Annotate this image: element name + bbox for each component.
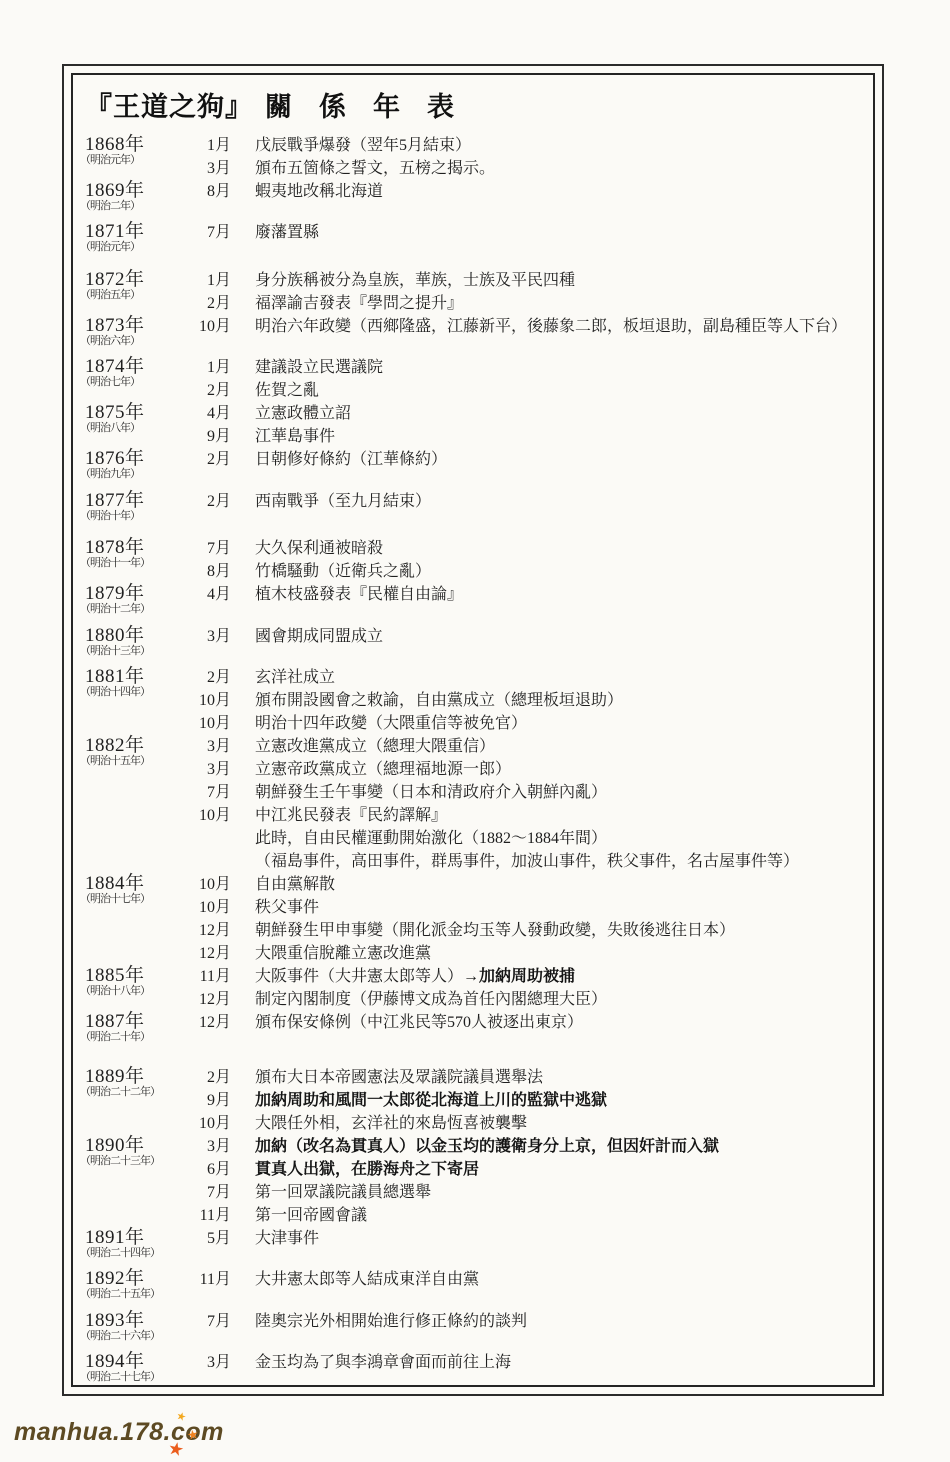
event-row: 10月中江兆民發表『民約譯解』 [185,804,861,827]
year-cell: 1890年（明治二十三年） [85,1135,185,1167]
event-text: 頒布保安條例（中江兆民等570人被逐出東京） [231,1011,583,1034]
event-row: 8月竹橋騷動（近衛兵之亂） [185,560,861,583]
year-group: 1885年（明治十八年）11月大阪事件（大井憲太郎等人）→加納周助被捕12月制定… [85,965,861,1011]
month-label: 6月 [185,1158,231,1181]
event-text: 第一回帝國會議 [231,1204,367,1227]
month-label [185,850,231,873]
event-list: 3月加納（改名為貫真人）以金玉均的護衛身分上京，但因奸計而入獄6月貫真人出獄，在… [185,1135,861,1227]
year-cell: 1872年（明治五年） [85,269,185,301]
event-text: 頒布大日本帝國憲法及眾議院議員選舉法 [231,1066,543,1089]
page-title: 『王道之狗』關係年表 [85,85,861,124]
event-row: 12月大隈重信脫離立憲改進黨 [185,942,861,965]
month-label: 10月 [185,1112,231,1135]
year-cell: 1877年（明治十年） [85,490,185,522]
event-row: 10月明治十四年政變（大隈重信等被免官） [185,712,861,735]
event-list: 1月戊辰戰爭爆發（翌年5月結束）3月頒布五箇條之誓文，五榜之揭示。 [185,134,861,180]
year-label: 1889年 [85,1067,185,1087]
event-text: 立憲改進黨成立（總理大隈重信） [231,735,495,758]
month-label: 9月 [185,1089,231,1112]
year-cell: 1875年（明治八年） [85,402,185,434]
year-cell: 1891年（明治二十四年） [85,1227,185,1259]
year-cell: 1880年（明治十三年） [85,625,185,657]
month-label: 12月 [185,942,231,965]
year-group: 1874年（明治七年）1月建議設立民選議院2月佐賀之亂 [85,356,861,402]
month-label: 7月 [185,781,231,804]
month-label: 11月 [185,965,231,988]
year-cell: 1894年（明治二十七年） [85,1351,185,1383]
month-label: 3月 [185,735,231,758]
event-list: 2月頒布大日本帝國憲法及眾議院議員選舉法9月加納周助和風間一太郎從北海道上川的監… [185,1066,861,1135]
event-text: 朝鮮發生甲申事變（開化派金均玉等人發動政變，失敗後逃往日本） [231,919,735,942]
month-label: 10月 [185,712,231,735]
month-label: 2月 [185,490,231,513]
event-text: 玄洋社成立 [231,666,335,689]
event-list: 10月自由黨解散10月秩父事件12月朝鮮發生甲申事變（開化派金均玉等人發動政變，… [185,873,861,965]
event-text: 大津事件 [231,1227,319,1250]
event-row: 2月福澤諭吉發表『學問之提升』 [185,292,861,315]
event-row: 6月貫真人出獄，在勝海舟之下寄居 [185,1158,861,1181]
era-label: （明治元年） [80,155,185,167]
year-label: 1893年 [85,1311,185,1331]
event-text: 加納（改名為貫真人）以金玉均的護衛身分上京，但因奸計而入獄 [231,1135,719,1158]
year-group: 1877年（明治十年）2月西南戰爭（至九月結束） [85,490,861,522]
year-label: 1873年 [85,316,185,336]
year-label: 1877年 [85,491,185,511]
event-row: 7月第一回眾議院議員總選舉 [185,1181,861,1204]
event-list: 11月大阪事件（大井憲太郎等人）→加納周助被捕12月制定內閣制度（伊藤博文成為首… [185,965,861,1011]
year-group: 1893年（明治二十六年）7月陸奧宗光外相開始進行修正條約的談判 [85,1310,861,1342]
month-label: 12月 [185,919,231,942]
event-row: 10月大隈任外相，玄洋社的來島恆喜被襲擊 [185,1112,861,1135]
event-text: 此時，自由民權運動開始激化（1882～1884年間） [231,827,607,850]
event-list: 2月西南戰爭（至九月結束） [185,490,861,513]
era-label: （明治六年） [80,336,185,348]
star-icon: ★ [186,1427,200,1442]
event-text: 竹橋騷動（近衛兵之亂） [231,560,431,583]
month-label: 7月 [185,537,231,560]
era-label: （明治二十年） [80,1032,185,1044]
year-label: 1869年 [85,181,185,201]
event-list: 4月立憲政體立詔9月江華島事件 [185,402,861,448]
event-row: 7月廢藩置縣 [185,221,861,244]
year-group: 1884年（明治十七年）10月自由黨解散10月秩父事件12月朝鮮發生甲申事變（開… [85,873,861,965]
month-label: 2月 [185,379,231,402]
event-text: 國會期成同盟成立 [231,625,383,648]
year-group: 1871年（明治元年）7月廢藩置縣 [85,221,861,253]
month-label: 1月 [185,134,231,157]
month-label: 12月 [185,988,231,1011]
event-text: 明治六年政變（西鄉隆盛，江藤新平，後藤象二郎，板垣退助，副島種臣等人下台） [231,315,847,338]
star-icon: ★ [166,1439,186,1460]
event-text: 大久保利通被暗殺 [231,537,383,560]
event-list: 3月立憲改進黨成立（總理大隈重信）3月立憲帝政黨成立（總理福地源一郎）7月朝鮮發… [185,735,861,873]
event-text: 廢藩置縣 [231,221,319,244]
era-label: （明治二十五年） [80,1289,185,1301]
event-text: 戊辰戰爭爆發（翌年5月結束） [231,134,471,157]
event-row: 9月江華島事件 [185,425,861,448]
year-label: 1879年 [85,584,185,604]
year-label: 1872年 [85,270,185,290]
month-label: 2月 [185,666,231,689]
month-label: 3月 [185,625,231,648]
month-label: 3月 [185,1351,231,1374]
event-text: 立憲帝政黨成立（總理福地源一郎） [231,758,511,781]
year-label: 1875年 [85,403,185,423]
year-cell: 1868年（明治元年） [85,134,185,166]
year-group: 1872年（明治五年）1月身分族稱被分為皇族，華族，士族及平民四種2月福澤諭吉發… [85,269,861,315]
event-row: 2月日朝修好條約（江華條約） [185,448,861,471]
event-row: （福島事件，高田事件，群馬事件，加波山事件，秩父事件，名古屋事件等） [185,850,861,873]
year-label: 1891年 [85,1228,185,1248]
year-cell: 1873年（明治六年） [85,315,185,347]
year-label: 1885年 [85,966,185,986]
event-row: 3月立憲改進黨成立（總理大隈重信） [185,735,861,758]
year-group: 1882年（明治十五年）3月立憲改進黨成立（總理大隈重信）3月立憲帝政黨成立（總… [85,735,861,873]
event-list: 2月日朝修好條約（江華條約） [185,448,861,471]
year-label: 1882年 [85,736,185,756]
event-row: 10月自由黨解散 [185,873,861,896]
event-row: 9月加納周助和風間一太郎從北海道上川的監獄中逃獄 [185,1089,861,1112]
month-label: 9月 [185,425,231,448]
event-row: 3月立憲帝政黨成立（總理福地源一郎） [185,758,861,781]
era-label: （明治二十二年） [80,1087,185,1099]
event-list: 5月大津事件 [185,1227,861,1250]
year-cell: 1881年（明治十四年） [85,666,185,698]
event-row: 11月大阪事件（大井憲太郎等人）→加納周助被捕 [185,965,861,988]
event-text: 佐賀之亂 [231,379,319,402]
year-group: 1876年（明治九年）2月日朝修好條約（江華條約） [85,448,861,480]
event-text: 頒布開設國會之敕諭，自由黨成立（總理板垣退助） [231,689,623,712]
month-label: 7月 [185,1181,231,1204]
year-group: 1879年（明治十二年）4月植木枝盛發表『民權自由論』 [85,583,861,615]
event-row: 7月朝鮮發生壬午事變（日本和清政府介入朝鮮內亂） [185,781,861,804]
year-group: 1873年（明治六年）10月明治六年政變（西鄉隆盛，江藤新平，後藤象二郎，板垣退… [85,315,861,347]
event-text: 自由黨解散 [231,873,335,896]
year-cell: 1874年（明治七年） [85,356,185,388]
year-cell: 1892年（明治二十五年） [85,1268,185,1300]
year-cell: 1871年（明治元年） [85,221,185,253]
month-label: 1月 [185,269,231,292]
event-text: 日朝修好條約（江華條約） [231,448,447,471]
event-text: 江華島事件 [231,425,335,448]
event-row: 3月加納（改名為貫真人）以金玉均的護衛身分上京，但因奸計而入獄 [185,1135,861,1158]
year-cell: 1876年（明治九年） [85,448,185,480]
month-label: 2月 [185,1066,231,1089]
year-group: 1869年（明治二年）8月蝦夷地改稱北海道 [85,180,861,212]
event-row: 3月國會期成同盟成立 [185,625,861,648]
event-row: 10月明治六年政變（西鄉隆盛，江藤新平，後藤象二郎，板垣退助，副島種臣等人下台） [185,315,861,338]
era-label: （明治二十七年） [80,1372,185,1384]
event-list: 7月大久保利通被暗殺8月竹橋騷動（近衛兵之亂） [185,537,861,583]
year-cell: 1869年（明治二年） [85,180,185,212]
event-text: 加納周助和風間一太郎從北海道上川的監獄中逃獄 [231,1089,607,1112]
event-text: 身分族稱被分為皇族，華族，士族及平民四種 [231,269,575,292]
event-list: 12月頒布保安條例（中江兆民等570人被逐出東京） [185,1011,861,1034]
month-label: 10月 [185,896,231,919]
year-group: 1875年（明治八年）4月立憲政體立詔9月江華島事件 [85,402,861,448]
era-label: （明治十年） [80,511,185,523]
month-label: 7月 [185,1310,231,1333]
year-group: 1868年（明治元年）1月戊辰戰爭爆發（翌年5月結束）3月頒布五箇條之誓文，五榜… [85,134,861,180]
year-label: 1887年 [85,1012,185,1032]
event-row: 2月頒布大日本帝國憲法及眾議院議員選舉法 [185,1066,861,1089]
event-row: 3月金玉均為了與李鴻章會面而前往上海 [185,1351,861,1374]
year-label: 1880年 [85,626,185,646]
era-label: （明治八年） [80,423,185,435]
era-label: （明治十二年） [80,604,185,616]
era-label: （明治五年） [80,290,185,302]
era-label: （明治十七年） [80,894,185,906]
event-text: 秩父事件 [231,896,319,919]
month-label: 3月 [185,1135,231,1158]
event-row: 1月建議設立民選議院 [185,356,861,379]
era-label: （明治二十四年） [80,1248,185,1260]
event-text: （福島事件，高田事件，群馬事件，加波山事件，秩父事件，名古屋事件等） [231,850,799,873]
era-label: （明治元年） [80,242,185,254]
month-label: 5月 [185,1227,231,1250]
event-row: 3月頒布五箇條之誓文，五榜之揭示。 [185,157,861,180]
month-label: 3月 [185,157,231,180]
year-cell: 1879年（明治十二年） [85,583,185,615]
month-label: 2月 [185,292,231,315]
event-text: 立憲政體立詔 [231,402,351,425]
event-list: 10月明治六年政變（西鄉隆盛，江藤新平，後藤象二郎，板垣退助，副島種臣等人下台） [185,315,861,338]
event-text: 大阪事件（大井憲太郎等人）→加納周助被捕 [231,965,575,988]
year-label: 1874年 [85,357,185,377]
event-text: 明治十四年政變（大隈重信等被免官） [231,712,527,735]
month-label: 4月 [185,402,231,425]
event-text: 福澤諭吉發表『學問之提升』 [231,292,463,315]
page-title-series: 『王道之狗』 [85,92,253,122]
event-text: 頒布五箇條之誓文，五榜之揭示。 [231,157,495,180]
page-outer-frame: 『王道之狗』關係年表 1868年（明治元年）1月戊辰戰爭爆發（翌年5月結束）3月… [62,64,884,1396]
month-label: 10月 [185,315,231,338]
event-row: 2月佐賀之亂 [185,379,861,402]
era-label: （明治二十三年） [80,1156,185,1168]
event-row: 8月蝦夷地改稱北海道 [185,180,861,203]
month-label: 10月 [185,804,231,827]
year-group: 1891年（明治二十四年）5月大津事件 [85,1227,861,1259]
event-list: 3月國會期成同盟成立 [185,625,861,648]
event-row: 10月秩父事件 [185,896,861,919]
event-row: 7月大久保利通被暗殺 [185,537,861,560]
era-label: （明治二年） [80,201,185,213]
year-cell: 1893年（明治二十六年） [85,1310,185,1342]
event-row: 1月身分族稱被分為皇族，華族，士族及平民四種 [185,269,861,292]
event-row: 12月制定內閣制度（伊藤博文成為首任內閣總理大臣） [185,988,861,1011]
event-text: 金玉均為了與李鴻章會面而前往上海 [231,1351,511,1374]
event-row: 1月戊辰戰爭爆發（翌年5月結束） [185,134,861,157]
event-text: 大井憲太郎等人結成東洋自由黨 [231,1268,479,1291]
year-cell: 1884年（明治十七年） [85,873,185,905]
year-group: 1887年（明治二十年）12月頒布保安條例（中江兆民等570人被逐出東京） [85,1011,861,1043]
event-list: 4月植木枝盛發表『民權自由論』 [185,583,861,606]
year-cell: 1882年（明治十五年） [85,735,185,767]
event-list: 7月廢藩置縣 [185,221,861,244]
event-text: 中江兆民發表『民約譯解』 [231,804,447,827]
year-group: 1894年（明治二十七年）3月金玉均為了與李鴻章會面而前往上海 [85,1351,861,1383]
era-label: （明治七年） [80,377,185,389]
event-row: 4月植木枝盛發表『民權自由論』 [185,583,861,606]
month-label [185,827,231,850]
event-list: 3月金玉均為了與李鴻章會面而前往上海 [185,1351,861,1374]
year-group: 1881年（明治十四年）2月玄洋社成立10月頒布開設國會之敕諭，自由黨成立（總理… [85,666,861,735]
event-text: 第一回眾議院議員總選舉 [231,1181,431,1204]
event-row: 7月陸奧宗光外相開始進行修正條約的談判 [185,1310,861,1333]
event-row: 2月玄洋社成立 [185,666,861,689]
month-label: 12月 [185,1011,231,1034]
event-text: 西南戰爭（至九月結束） [231,490,431,513]
year-label: 1871年 [85,222,185,242]
era-label: （明治十三年） [80,646,185,658]
year-cell: 1878年（明治十一年） [85,537,185,569]
event-text: 制定內閣制度（伊藤博文成為首任內閣總理大臣） [231,988,607,1011]
year-label: 1892年 [85,1269,185,1289]
month-label: 3月 [185,758,231,781]
era-label: （明治十一年） [80,558,185,570]
year-group: 1889年（明治二十二年）2月頒布大日本帝國憲法及眾議院議員選舉法9月加納周助和… [85,1066,861,1135]
event-row: 此時，自由民權運動開始激化（1882～1884年間） [185,827,861,850]
event-text: 建議設立民選議院 [231,356,383,379]
year-label: 1894年 [85,1352,185,1372]
event-row: 10月頒布開設國會之敕諭，自由黨成立（總理板垣退助） [185,689,861,712]
event-text: 朝鮮發生壬午事變（日本和清政府介入朝鮮內亂） [231,781,607,804]
era-label: （明治十四年） [80,687,185,699]
event-text: 蝦夷地改稱北海道 [231,180,383,203]
era-label: （明治十五年） [80,756,185,768]
month-label: 7月 [185,221,231,244]
year-label: 1878年 [85,538,185,558]
year-cell: 1887年（明治二十年） [85,1011,185,1043]
event-text: 貫真人出獄，在勝海舟之下寄居 [231,1158,479,1181]
event-row: 12月頒布保安條例（中江兆民等570人被逐出東京） [185,1011,861,1034]
month-label: 10月 [185,873,231,896]
year-cell: 1885年（明治十八年） [85,965,185,997]
year-group: 1890年（明治二十三年）3月加納（改名為貫真人）以金玉均的護衛身分上京，但因奸… [85,1135,861,1227]
event-list: 11月大井憲太郎等人結成東洋自由黨 [185,1268,861,1291]
timeline: 1868年（明治元年）1月戊辰戰爭爆發（翌年5月結束）3月頒布五箇條之誓文，五榜… [85,134,861,1384]
event-text: 植木枝盛發表『民權自由論』 [231,583,463,606]
event-text: 大隈任外相，玄洋社的來島恆喜被襲擊 [231,1112,527,1135]
event-row: 12月朝鮮發生甲申事變（開化派金均玉等人發動政變，失敗後逃往日本） [185,919,861,942]
month-label: 4月 [185,583,231,606]
month-label: 8月 [185,180,231,203]
event-row: 11月第一回帝國會議 [185,1204,861,1227]
event-text-bold: →加納周助被捕 [463,968,575,985]
page-inner-frame: 『王道之狗』關係年表 1868年（明治元年）1月戊辰戰爭爆發（翌年5月結束）3月… [71,73,875,1387]
era-label: （明治十八年） [80,986,185,998]
month-label: 1月 [185,356,231,379]
event-list: 2月玄洋社成立10月頒布開設國會之敕諭，自由黨成立（總理板垣退助）10月明治十四… [185,666,861,735]
era-label: （明治九年） [80,469,185,481]
year-label: 1884年 [85,874,185,894]
year-cell: 1889年（明治二十二年） [85,1066,185,1098]
event-text: 大隈重信脫離立憲改進黨 [231,942,431,965]
month-label: 11月 [185,1268,231,1291]
month-label: 11月 [185,1204,231,1227]
year-label: 1876年 [85,449,185,469]
year-group: 1892年（明治二十五年）11月大井憲太郎等人結成東洋自由黨 [85,1268,861,1300]
year-label: 1868年 [85,135,185,155]
event-row: 4月立憲政體立詔 [185,402,861,425]
era-label: （明治二十六年） [80,1331,185,1343]
event-row: 11月大井憲太郎等人結成東洋自由黨 [185,1268,861,1291]
month-label: 10月 [185,689,231,712]
year-group: 1880年（明治十三年）3月國會期成同盟成立 [85,625,861,657]
year-group: 1878年（明治十一年）7月大久保利通被暗殺8月竹橋騷動（近衛兵之亂） [85,537,861,583]
event-list: 1月建議設立民選議院2月佐賀之亂 [185,356,861,402]
event-row: 5月大津事件 [185,1227,861,1250]
event-row: 2月西南戰爭（至九月結束） [185,490,861,513]
event-list: 1月身分族稱被分為皇族，華族，士族及平民四種2月福澤諭吉發表『學問之提升』 [185,269,861,315]
event-list: 7月陸奧宗光外相開始進行修正條約的談判 [185,1310,861,1333]
year-label: 1890年 [85,1136,185,1156]
month-label: 8月 [185,560,231,583]
month-label: 2月 [185,448,231,471]
event-text: 陸奧宗光外相開始進行修正條約的談判 [231,1310,527,1333]
event-list: 8月蝦夷地改稱北海道 [185,180,861,203]
year-label: 1881年 [85,667,185,687]
page-title-rest: 關係年表 [265,92,481,122]
